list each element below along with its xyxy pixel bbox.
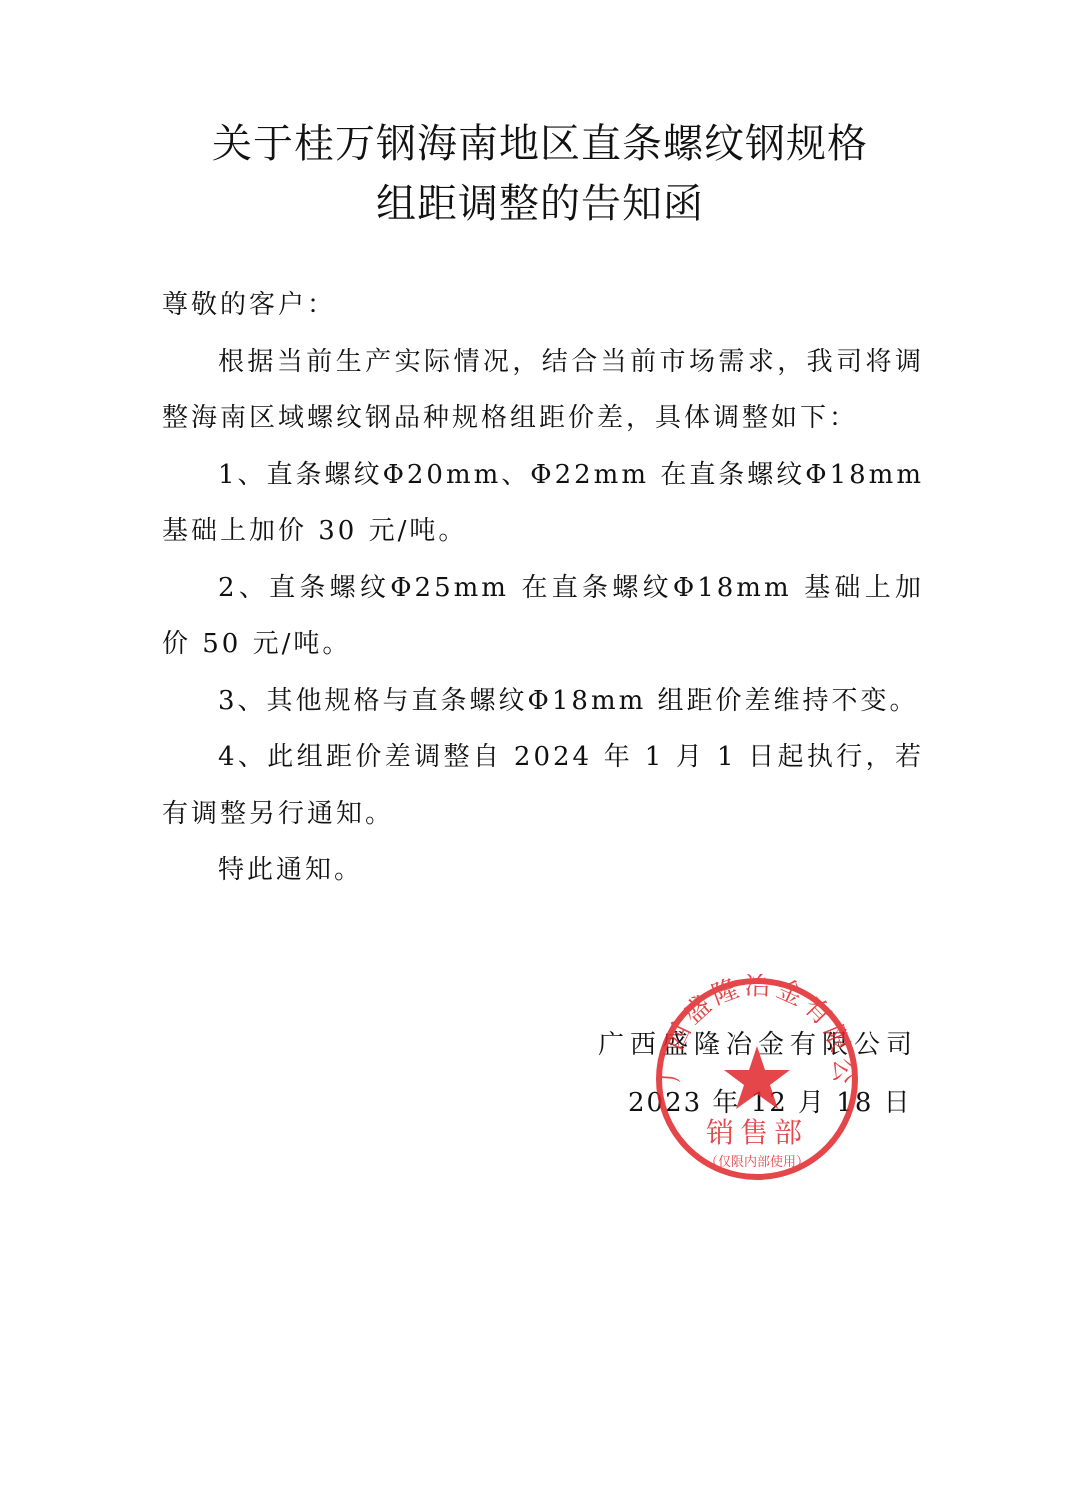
intro-paragraph: 根据当前生产实际情况，结合当前市场需求，我司将调整海南区域螺纹钢品种规格组距价差… — [162, 334, 924, 447]
document-body: 尊敬的客户： 根据当前生产实际情况，结合当前市场需求，我司将调整海南区域螺纹钢品… — [162, 277, 924, 899]
seal-bottom-text: （仅限内部使用） — [705, 1154, 809, 1170]
company-seal-icon: 广西盛隆冶金有限公司 销售部 （仅限内部使用） — [652, 974, 862, 1184]
item-3: 3、其他规格与直条螺纹Φ18mm 组距价差维持不变。 — [162, 673, 924, 730]
document-title-line2: 组距调整的告知函 — [0, 172, 1080, 229]
item-2: 2、直条螺纹Φ25mm 在直条螺纹Φ18mm 基础上加价 50 元/吨。 — [162, 560, 924, 673]
closing: 特此通知。 — [162, 842, 924, 899]
document-title-line1: 关于桂万钢海南地区直条螺纹钢规格 — [0, 112, 1080, 169]
salutation: 尊敬的客户： — [162, 277, 924, 334]
item-1: 1、直条螺纹Φ20mm、Φ22mm 在直条螺纹Φ18mm 基础上加价 30 元/… — [162, 447, 924, 560]
item-4: 4、此组距价差调整自 2024 年 1 月 1 日起执行，若有调整另行通知。 — [162, 729, 924, 842]
seal-center-text: 销售部 — [706, 1116, 808, 1149]
